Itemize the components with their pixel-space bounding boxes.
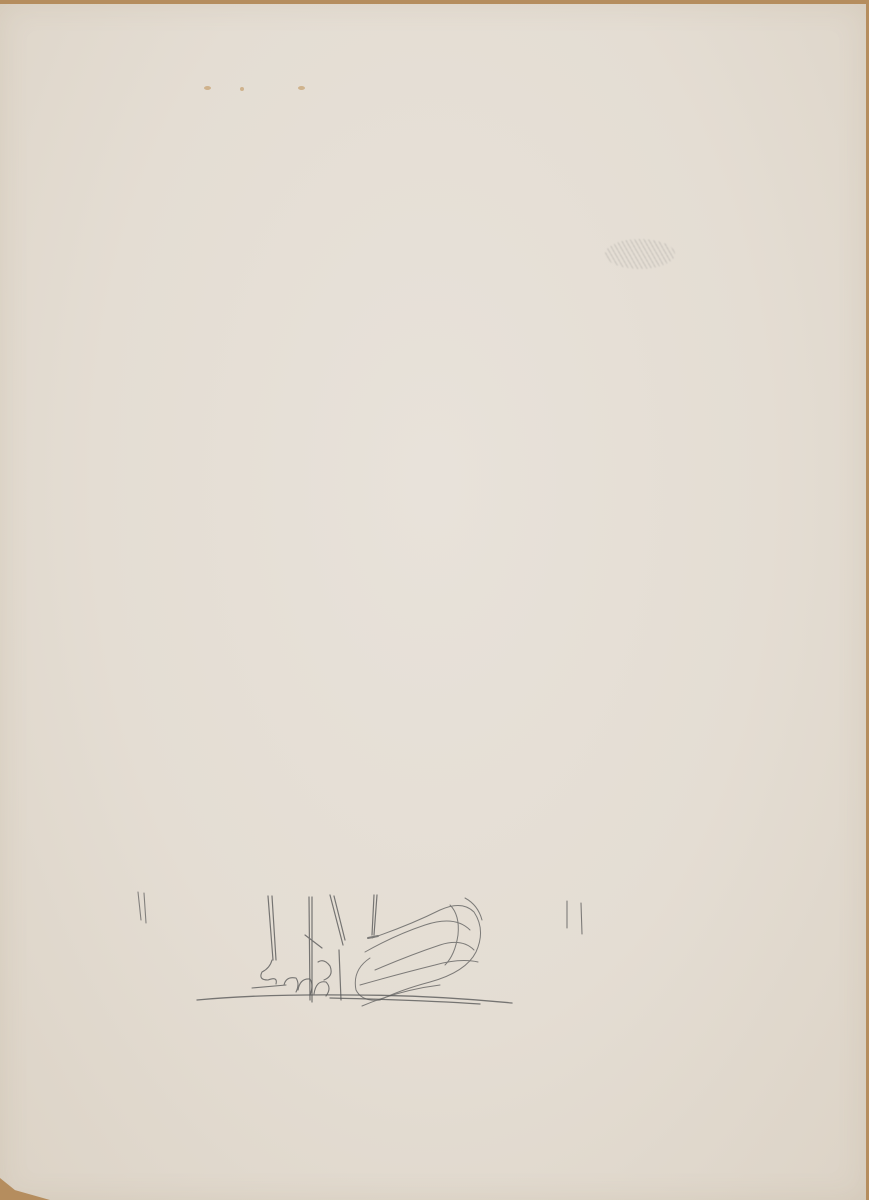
feet-sketch	[0, 0, 869, 1200]
leg-lines	[268, 895, 377, 1002]
raised-foot	[355, 898, 482, 1006]
right-tick-marks	[567, 901, 582, 934]
ground-line	[197, 995, 512, 1004]
front-foot	[252, 960, 331, 996]
left-tick-marks	[138, 892, 146, 923]
artwork-scene: Pencil sketch of feet standing on a grou…	[0, 0, 869, 1200]
